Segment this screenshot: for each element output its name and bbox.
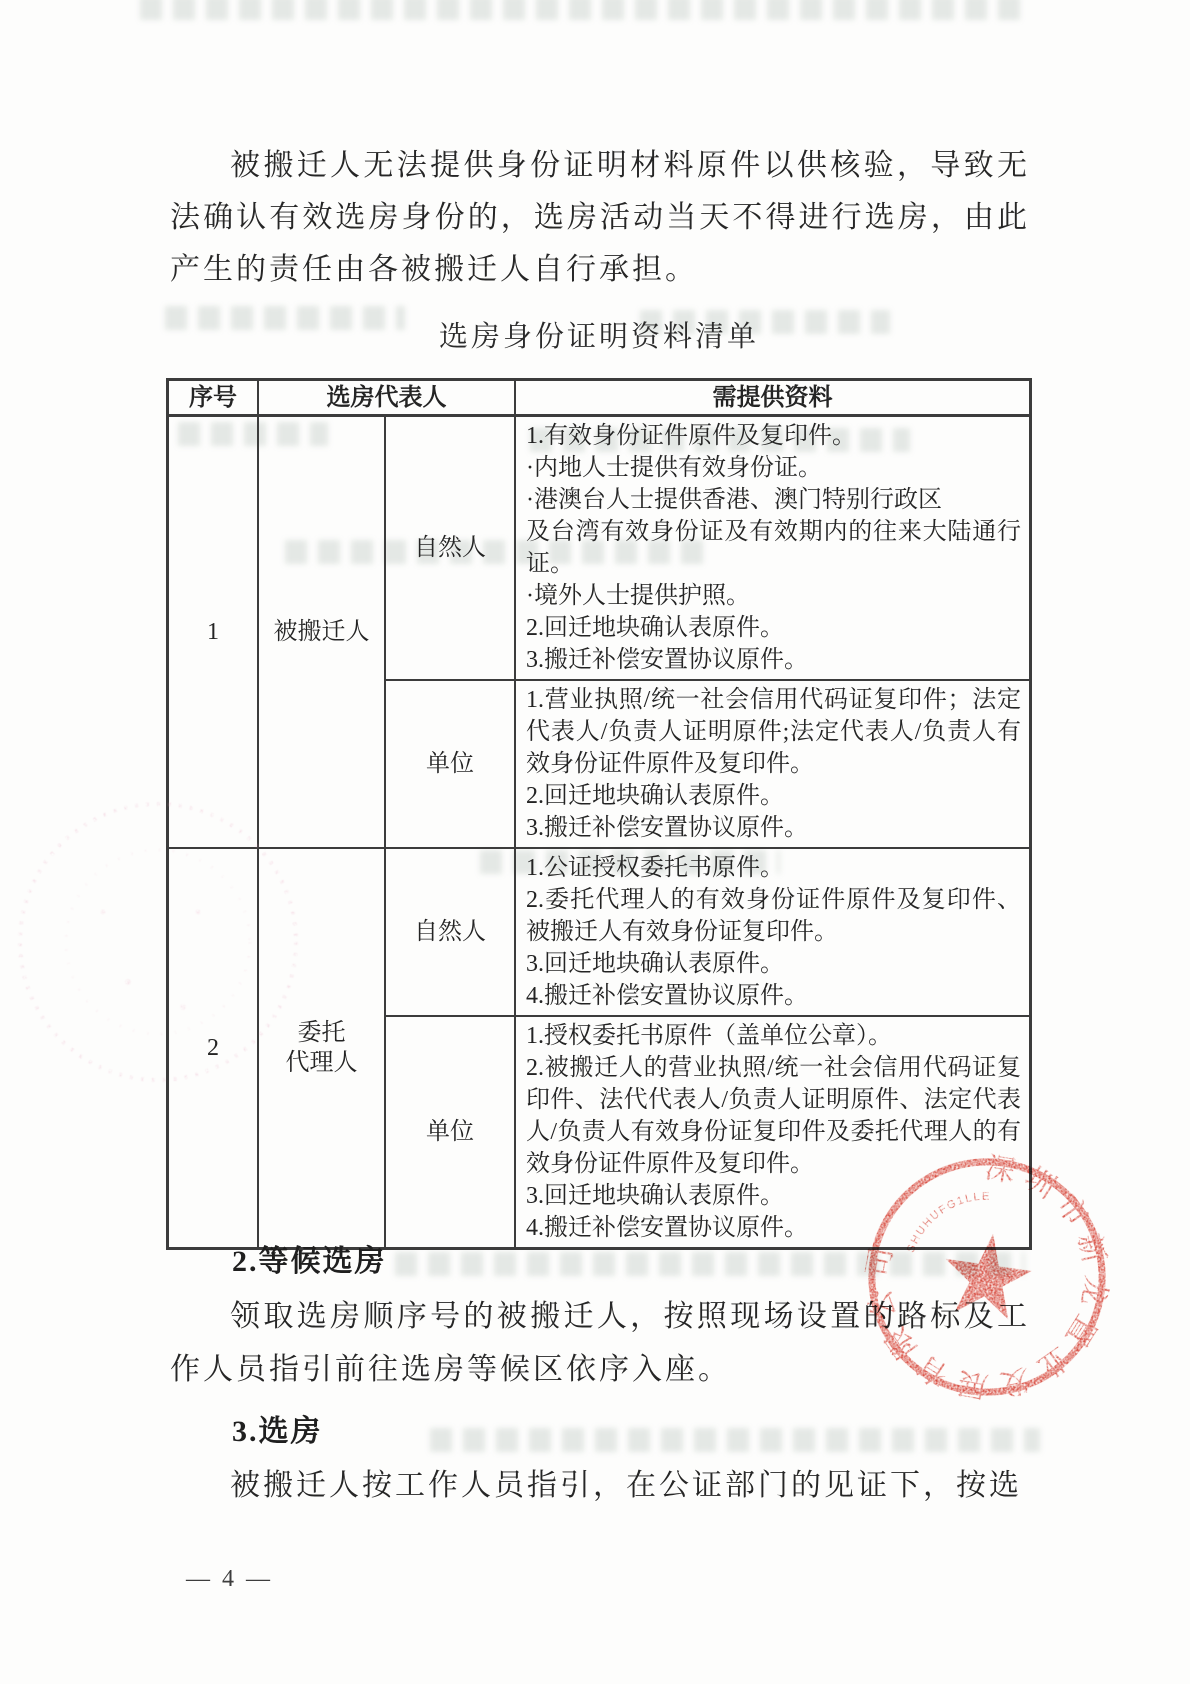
section-body-selection: 被搬迁人按工作人员指引，在公证部门的见证下，按选 [170,1460,1030,1512]
col-header-materials: 需提供资料 [516,381,1029,417]
material-line: 2.回迁地块确认表原件。 [526,780,1021,812]
ghost-seal-ring [20,804,296,1080]
material-line: 1.有效身份证件原件及复印件。 [526,420,1021,452]
material-line: ·港澳台人士提供香港、澳门特别行政区 及台湾有效身份证及有效期内的往来大陆通行证… [526,484,1021,580]
section-heading-waiting: 2.等候选房 [232,1236,387,1280]
material-line: 2.回迁地块确认表原件。 [526,612,1021,644]
star-icon [939,1228,1036,1322]
page-number: — 4 — [186,1566,273,1593]
material-line: ·境外人士提供护照。 [526,580,1021,612]
material-line: 1.公证授权委托书原件。 [526,852,1021,884]
company-seal: 深圳市新龙置业发展有限公司 SHUHUFG1LLEUP [841,1131,1132,1422]
section-heading-selection: 3.选房 [232,1406,323,1450]
bleed-through-artifact [140,0,1020,20]
material-line: 1.授权委托书原件（盖单位公章）。 [526,1020,1021,1052]
col-header-representative: 选房代表人 [259,381,516,417]
table-title: 选房身份证明资料清单 [166,314,1032,355]
materials-cell: 1.营业执照/统一社会信用代码证复印件；法定代表人/负责人证明原件;法定代表人/… [516,681,1029,849]
bleed-through-artifact [430,1428,1040,1452]
material-line: 3.回迁地块确认表原件。 [526,948,1021,980]
materials-cell: 1.公证授权委托书原件。2.委托代理人的有效身份证件原件及复印件、被搬迁人有效身… [516,849,1029,1017]
col-header-index: 序号 [169,381,259,417]
type-cell: 自然人 [386,417,516,681]
type-cell: 单位 [386,681,516,849]
representative-cell: 被搬迁人 [259,417,386,849]
material-line: 3.搬迁补偿安置协议原件。 [526,812,1021,844]
material-line: ·内地人士提供有效身份证。 [526,452,1021,484]
intro-paragraph: 被搬迁人无法提供身份证明材料原件以供核验，导致无法确认有效选房身份的，选房活动当… [170,140,1030,296]
materials-cell: 1.有效身份证件原件及复印件。·内地人士提供有效身份证。·港澳台人士提供香港、澳… [516,417,1029,681]
material-line: 4.搬迁补偿安置协议原件。 [526,980,1021,1012]
ghost-seal-impression [8,792,308,1092]
row-index: 1 [169,417,259,849]
material-line: 1.营业执照/统一社会信用代码证复印件；法定代表人/负责人证明原件;法定代表人/… [526,684,1021,780]
type-cell: 单位 [386,1017,516,1247]
ghost-seal-inner-ring [66,850,250,1034]
material-line: 3.搬迁补偿安置协议原件。 [526,644,1021,676]
document-page: 被搬迁人无法提供身份证明材料原件以供核验，导致无法确认有效选房身份的，选房活动当… [0,0,1190,1684]
type-cell: 自然人 [386,849,516,1017]
material-line: 2.委托代理人的有效身份证件原件及复印件、被搬迁人有效身份证复印件。 [526,884,1021,948]
